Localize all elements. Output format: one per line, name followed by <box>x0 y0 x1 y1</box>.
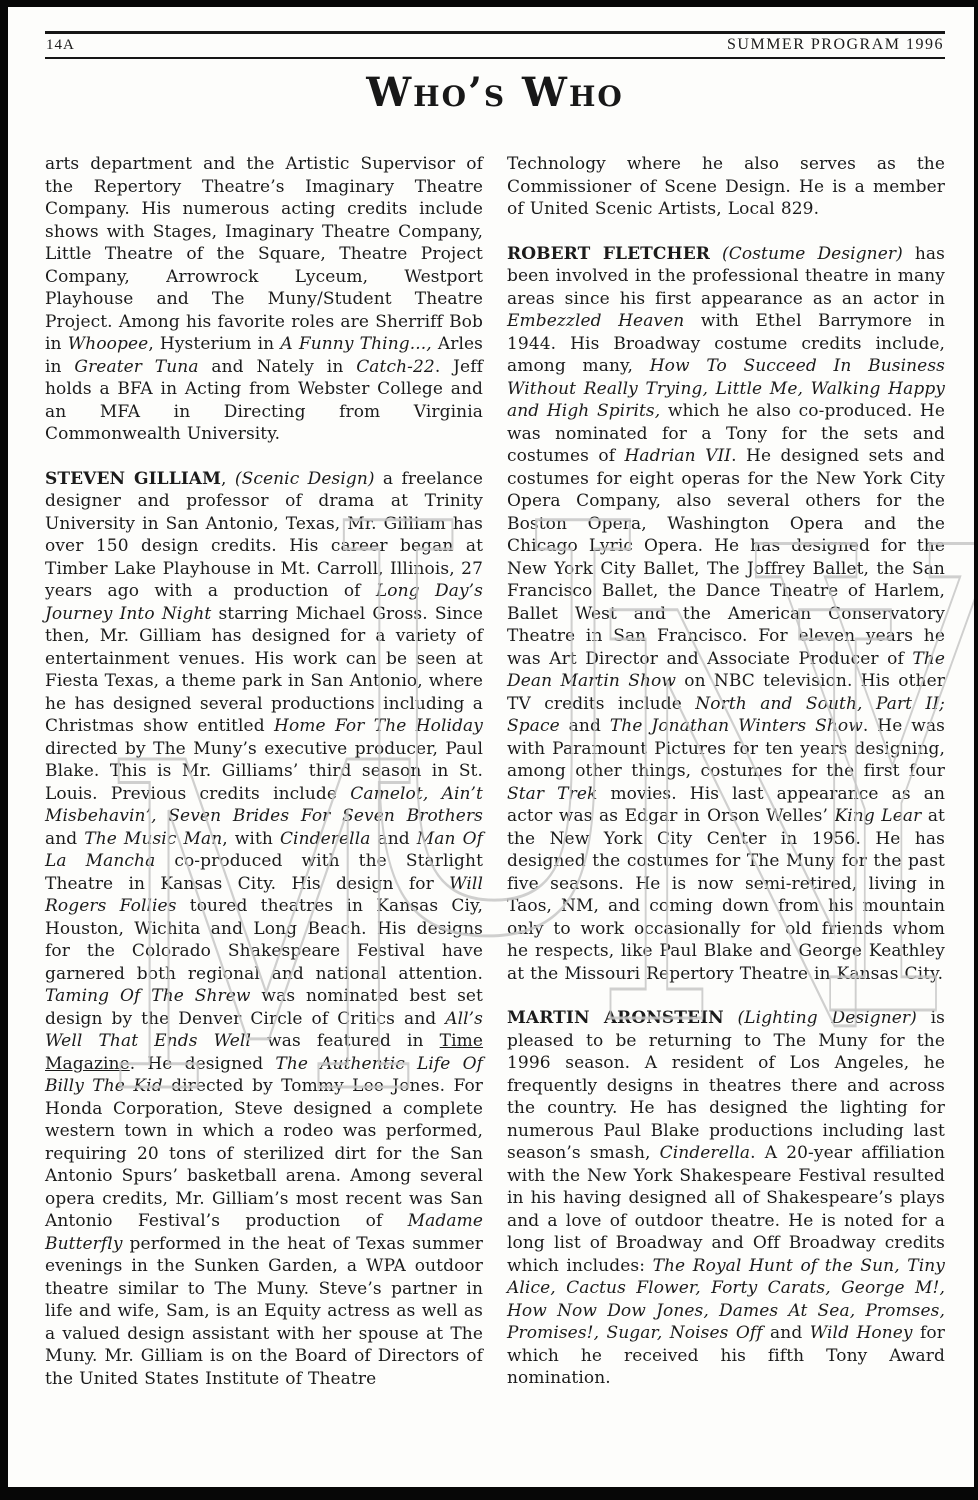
page-content: 14A SUMMER PROGRAM 1996 Who’s Who arts d… <box>8 7 974 1412</box>
text-run: is pleased to be returning to The Muny f… <box>507 1008 945 1163</box>
bio-paragraph: ROBERT FLETCHER (Costume Designer) has b… <box>507 243 945 986</box>
text-run: performed in the heat of Texas summer ev… <box>45 1234 483 1389</box>
text-run: , with <box>222 829 280 849</box>
text-run: (Lighting Designer) <box>738 1008 917 1028</box>
text-run: , <box>221 469 235 489</box>
page-title: Who’s Who <box>45 73 945 113</box>
text-run: Cinderella <box>660 1143 751 1163</box>
text-run: and <box>371 829 417 849</box>
text-run: A Funny Thing..., <box>280 334 431 354</box>
text-run: Catch-22 <box>356 357 435 377</box>
text-run: and Nately in <box>199 357 357 377</box>
text-run: was featured in <box>251 1031 440 1051</box>
text-run: Wild Honey <box>810 1323 913 1343</box>
text-run: King Lear <box>834 806 921 826</box>
text-run: and <box>763 1323 810 1343</box>
text-run: Home For The Holiday <box>274 716 483 736</box>
text-run: , Hysterium in <box>148 334 280 354</box>
text-run: The Music Man <box>84 829 222 849</box>
text-run: Cinderella <box>280 829 371 849</box>
text-run: The Jonathan Winters Show <box>610 716 863 736</box>
page-header: 14A SUMMER PROGRAM 1996 <box>45 31 945 59</box>
text-run: and <box>45 829 84 849</box>
text-run: and <box>560 716 610 736</box>
text-run: MARTIN ARONSTEIN <box>507 1008 724 1028</box>
text-run: STEVEN GILLIAM <box>45 469 221 489</box>
text-run: . He designed <box>130 1054 276 1074</box>
page-number: 14A <box>46 37 75 54</box>
body-columns: arts department and the Artistic Supervi… <box>45 153 945 1412</box>
text-run <box>724 1008 738 1028</box>
text-run: . He designed sets and costumes for eigh… <box>507 446 945 669</box>
bio-paragraph: arts department and the Artistic Supervi… <box>45 153 483 446</box>
text-run: ROBERT FLETCHER <box>507 244 710 264</box>
text-run: directed by Tommy Lee Jones. For Honda C… <box>45 1076 483 1231</box>
text-run: arts department and the Artistic Supervi… <box>45 154 483 354</box>
text-run: Embezzled Heaven <box>507 311 684 331</box>
text-run: Greater Tuna <box>74 357 198 377</box>
bio-paragraph: Technology where he also serves as the C… <box>507 153 945 221</box>
program-title: SUMMER PROGRAM 1996 <box>727 36 944 54</box>
text-run <box>710 244 722 264</box>
text-run: Technology where he also serves as the C… <box>507 154 945 219</box>
text-run: Star Trek <box>507 784 597 804</box>
text-run: Hadrian VII <box>625 446 732 466</box>
scanned-page: 14A SUMMER PROGRAM 1996 Who’s Who arts d… <box>0 0 978 1500</box>
bio-paragraph: STEVEN GILLIAM, (Scenic Design) a freela… <box>45 468 483 1391</box>
text-run: Taming Of The Shrew <box>45 986 251 1006</box>
bio-paragraph: MARTIN ARONSTEIN (Lighting Designer) is … <box>507 1007 945 1390</box>
text-run: (Costume Designer) <box>722 244 903 264</box>
text-run: at the New York City Center in 1956. He … <box>507 806 945 984</box>
text-run: Whoopee <box>68 334 149 354</box>
right-column: Technology where he also serves as the C… <box>507 153 945 1412</box>
left-column: arts department and the Artistic Supervi… <box>45 153 483 1412</box>
text-run: (Scenic Design) <box>235 469 375 489</box>
